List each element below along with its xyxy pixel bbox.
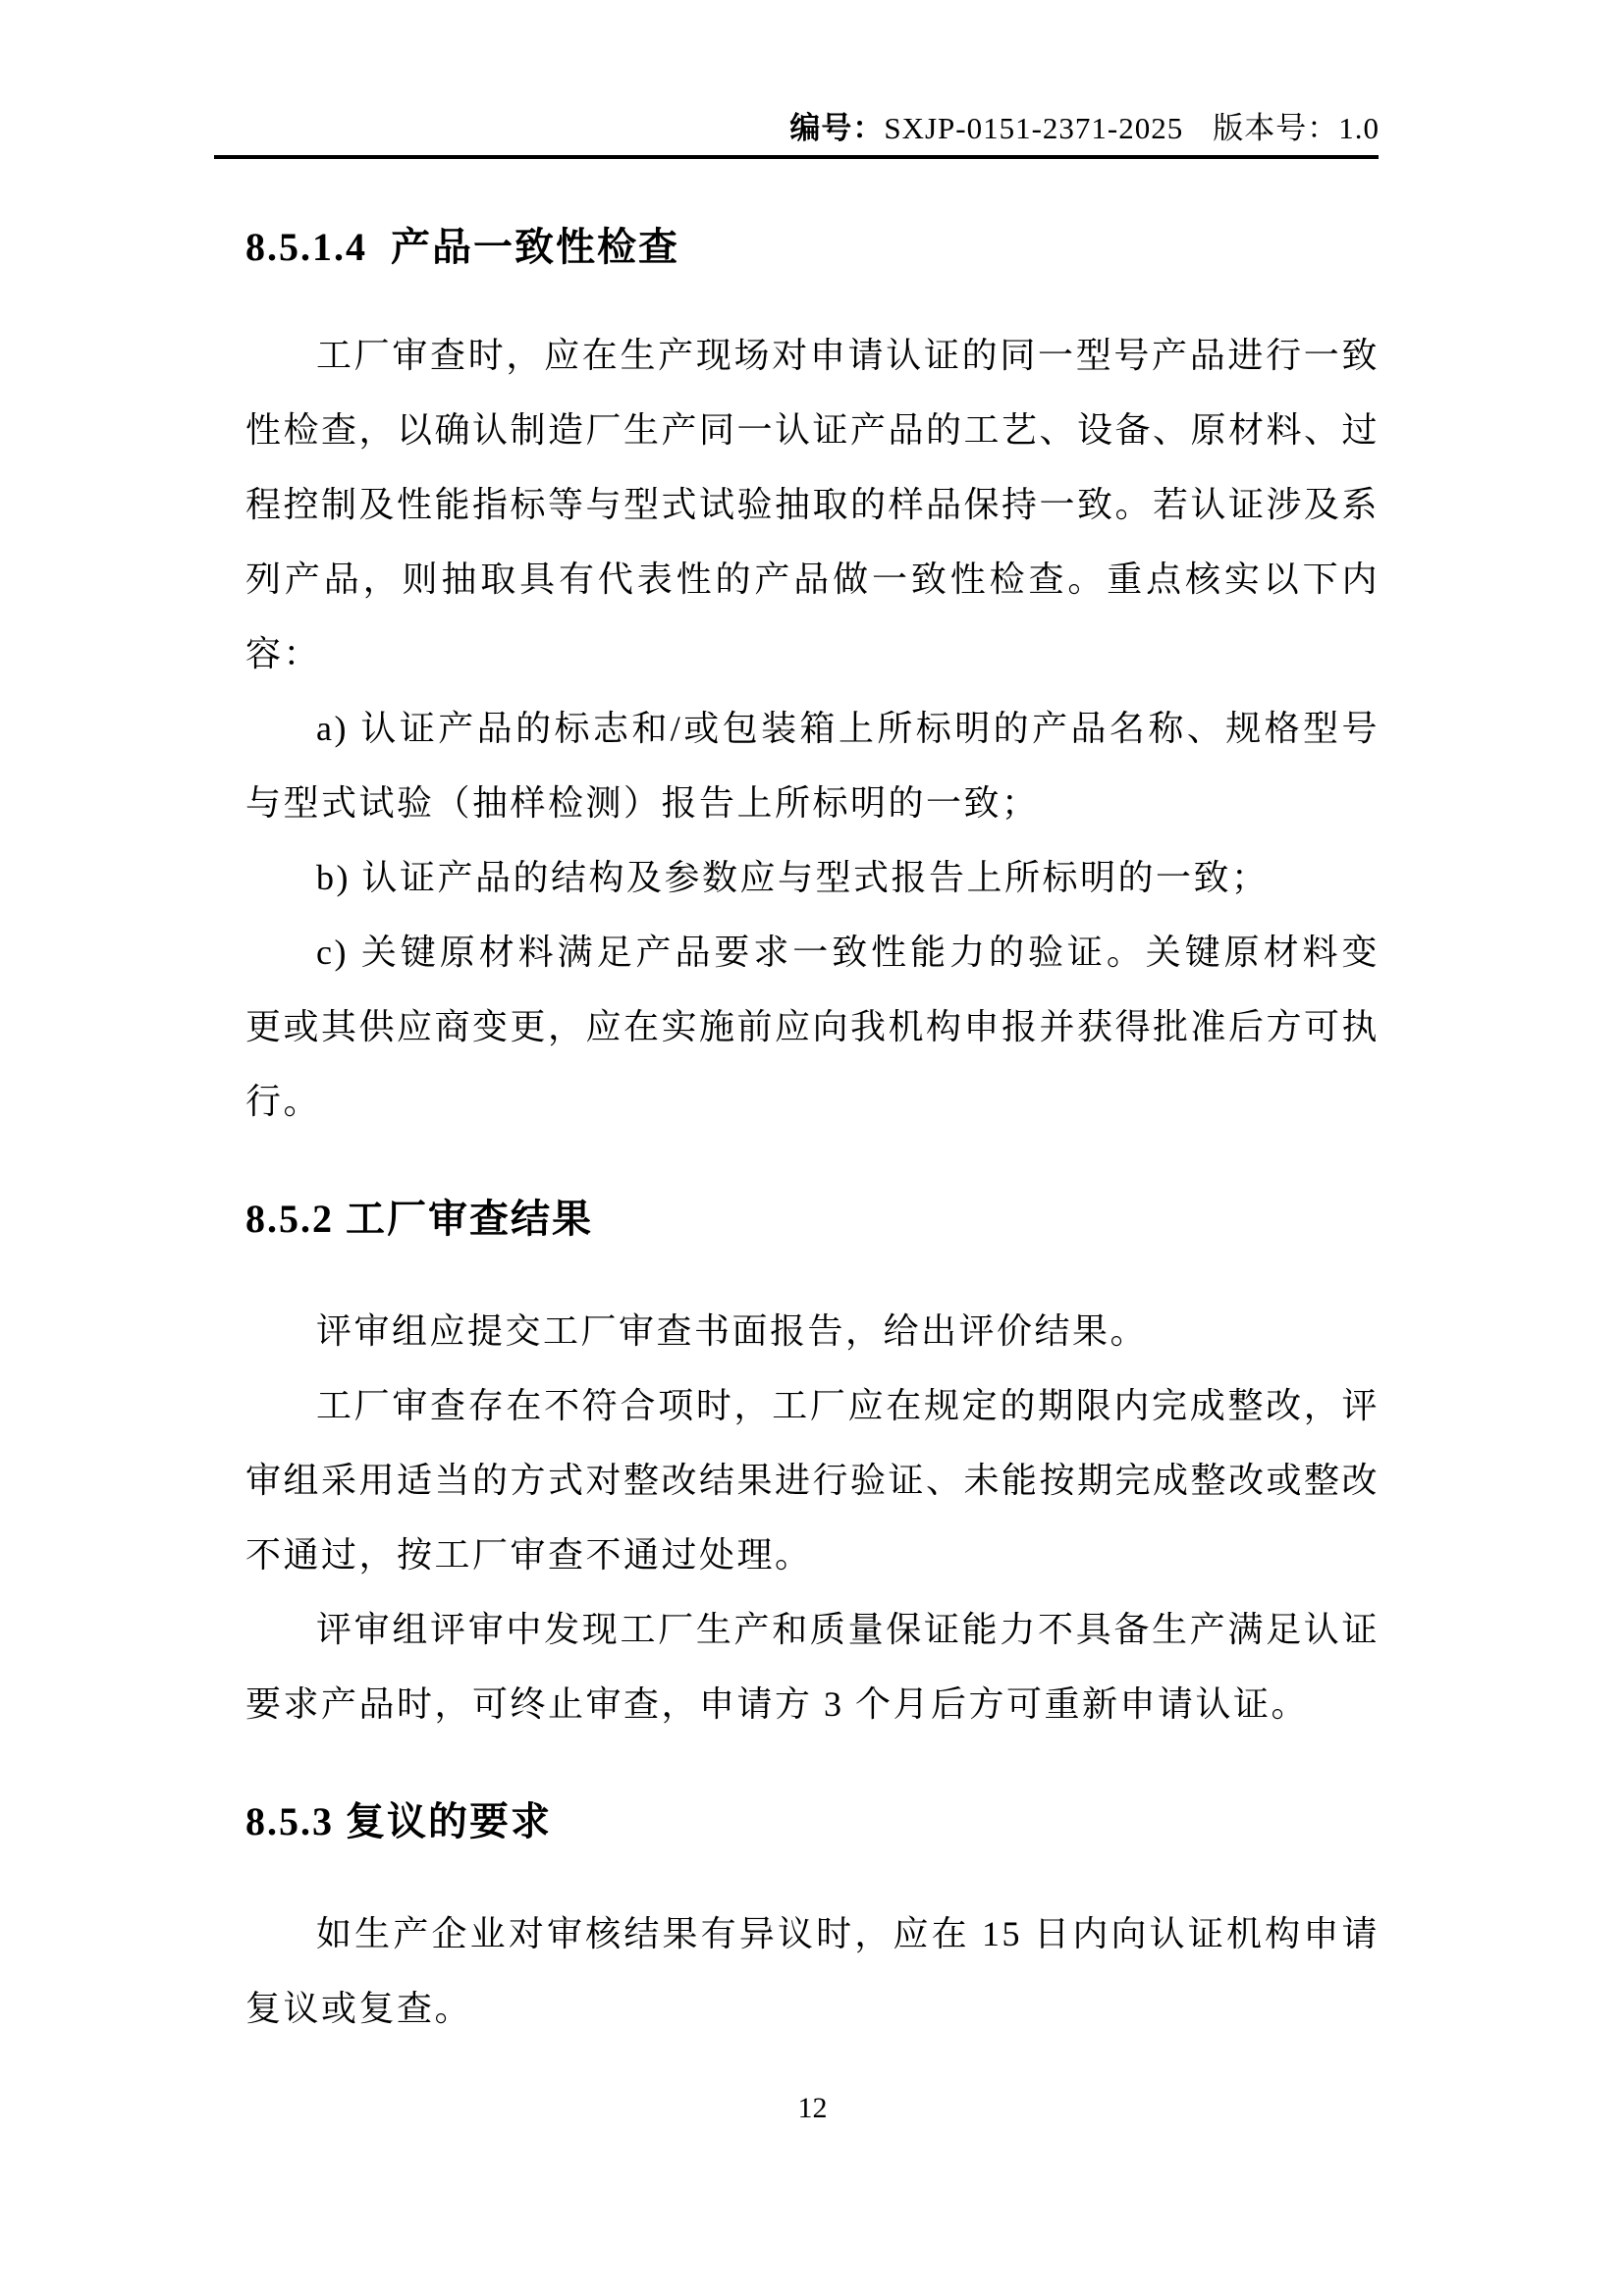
- paragraph-appeal: 如生产企业对审核结果有异议时，应在 15 日内向认证机构申请复议或复查。: [245, 1896, 1380, 2046]
- paragraph-consistency-intro: 工厂审查时，应在生产现场对申请认证的同一型号产品进行一致性检查，以确认制造厂生产…: [245, 318, 1380, 691]
- paragraph-item-b: b) 认证产品的结构及参数应与型式报告上所标明的一致；: [245, 840, 1380, 915]
- section-heading-8-5-3: 8.5.3 复议的要求: [245, 1798, 1380, 1845]
- section-heading-8-5-2: 8.5.2 工厂审查结果: [245, 1196, 1380, 1243]
- version-label: 版本号：: [1213, 111, 1338, 145]
- paragraph-audit-report: 评审组应提交工厂审查书面报告，给出评价结果。: [245, 1294, 1380, 1368]
- section-heading-8-5-1-4: 8.5.1.4 产品一致性检查: [245, 224, 1380, 271]
- paragraph-termination: 评审组评审中发现工厂生产和质量保证能力不具备生产满足认证要求产品时，可终止审查，…: [245, 1592, 1380, 1741]
- paragraph-item-c: c) 关键原材料满足产品要求一致性能力的验证。关键原材料变更或其供应商变更，应在…: [245, 915, 1380, 1139]
- doc-number-label: 编号：: [789, 111, 884, 145]
- document-body: 8.5.1.4 产品一致性检查 工厂审查时，应在生产现场对申请认证的同一型号产品…: [245, 159, 1380, 2046]
- page-header: 编号：SXJP-0151-2371-2025版本号：1.0: [245, 110, 1380, 147]
- document-page: 编号：SXJP-0151-2371-2025版本号：1.0 8.5.1.4 产品…: [0, 0, 1624, 2296]
- paragraph-nonconformity: 工厂审查存在不符合项时，工厂应在规定的期限内完成整改，评审组采用适当的方式对整改…: [245, 1368, 1380, 1592]
- paragraph-item-a: a) 认证产品的标志和/或包装箱上所标明的产品名称、规格型号与型式试验（抽样检测…: [245, 691, 1380, 840]
- version-value: 1.0: [1338, 111, 1380, 145]
- page-number: 12: [245, 2091, 1380, 2126]
- doc-number-value: SXJP-0151-2371-2025: [884, 111, 1183, 145]
